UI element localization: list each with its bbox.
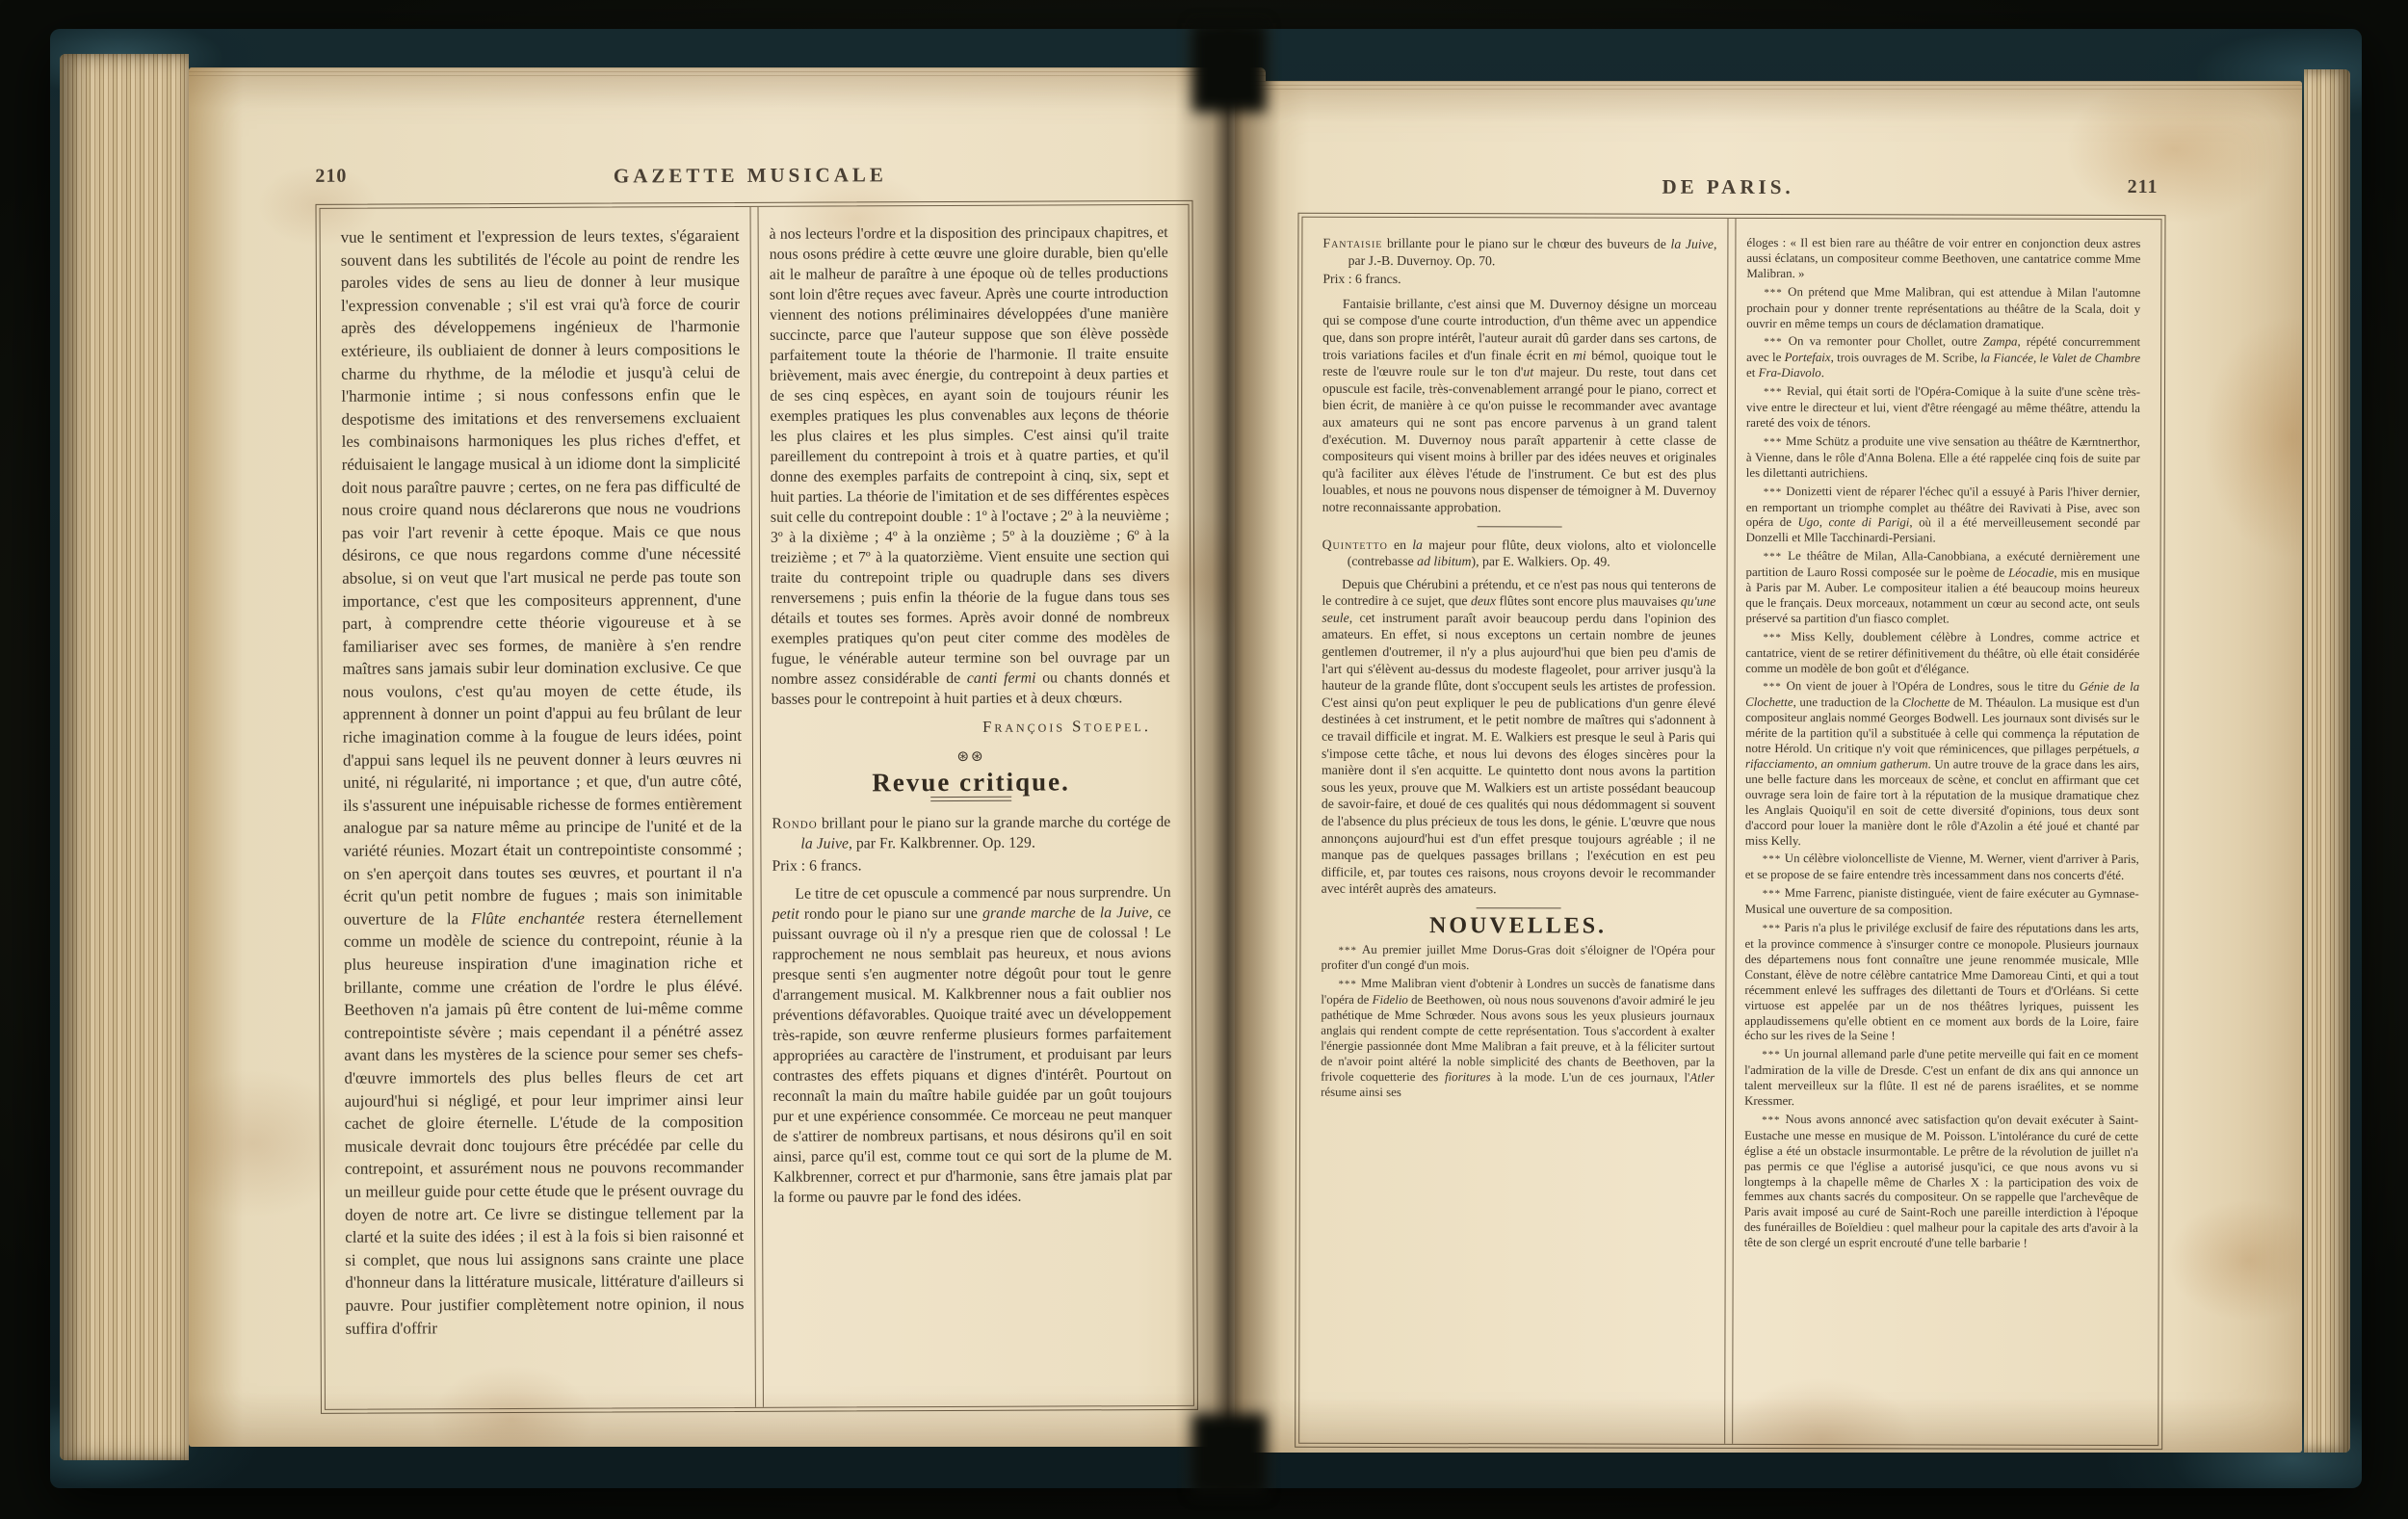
- left-page-header: 210 GAZETTE MUSICALE: [315, 162, 1185, 188]
- section-heading-revue-critique: Revue critique.: [772, 772, 1170, 794]
- asterism-mark: ***: [1762, 1114, 1780, 1126]
- right-page-header: DE PARIS. 211: [1298, 174, 2159, 198]
- news-item: *** Le théâtre de Milan, Alla-Canobbiana…: [1745, 549, 2139, 628]
- news-item: *** Mme Malibran vient d'obtenir à Londr…: [1321, 977, 1714, 1101]
- printer-ornament: ⊛⊛: [772, 746, 1170, 768]
- news-item: *** Nous avons annoncé avec satisfaction…: [1744, 1113, 2138, 1252]
- article-text-continuation: à nos lecteurs l'ordre et la disposition…: [770, 223, 1170, 710]
- right-page-column-1: Fantaisie brillante pour le piano sur le…: [1311, 235, 1725, 1427]
- left-text-frame: vue le sentiment et l'expression de leur…: [315, 200, 1197, 1414]
- section-divider-rule: [1476, 907, 1560, 908]
- article-text: vue le sentiment et l'expression de leur…: [341, 224, 745, 1340]
- news-item: *** Revial, qui était sorti de l'Opéra-C…: [1746, 384, 2140, 432]
- news-item: *** Mme Farrenc, pianiste distinguée, vi…: [1745, 886, 2139, 919]
- open-book: 210 GAZETTE MUSICALE vue le sentiment et…: [50, 29, 2362, 1488]
- asterism-mark: ***: [1764, 551, 1782, 563]
- news-item: *** On va remonter pour Chollet, outre Z…: [1746, 334, 2140, 382]
- article-text: Le titre de cet opuscule a commencé par …: [772, 882, 1172, 1208]
- news-item: *** On vient de jouer à l'Opéra de Londr…: [1745, 679, 2139, 850]
- left-page: 210 GAZETTE MUSICALE vue le sentiment et…: [189, 67, 1266, 1447]
- news-item: *** Un journal allemand parle d'une peti…: [1744, 1047, 2138, 1111]
- left-page-column-2: à nos lecteurs l'ordre et la disposition…: [761, 223, 1182, 1390]
- asterism-mark: ***: [1763, 853, 1781, 865]
- news-item-continuation: éloges : « Il est bien rare au théâtre d…: [1746, 236, 2140, 283]
- article-title-fantaisie: Fantaisie brillante pour le piano sur le…: [1322, 235, 1716, 270]
- news-item: *** Au premier juillet Mme Dorus-Gras do…: [1321, 942, 1714, 975]
- left-running-title: GAZETTE MUSICALE: [315, 162, 1185, 190]
- news-item: *** Mme Schütz a produite une vive sensa…: [1746, 434, 2140, 483]
- news-item: *** Donizetti vient de réparer l'échec q…: [1746, 485, 2140, 548]
- price-line: Prix : 6 francs.: [772, 854, 1170, 877]
- spine-gap-bottom: [1192, 1414, 1266, 1495]
- asterism-mark: ***: [1763, 632, 1781, 643]
- price-line: Prix : 6 francs.: [1322, 271, 1716, 289]
- left-page-column-1: vue le sentiment et l'expression de leur…: [332, 224, 753, 1392]
- asterism-mark: ***: [1763, 923, 1781, 934]
- heading-rule: [930, 797, 1011, 801]
- asterism-mark: ***: [1762, 1049, 1780, 1061]
- news-item: *** Miss Kelly, doublement célèbre à Lon…: [1745, 630, 2139, 678]
- spine-gap-top: [1192, 23, 1266, 112]
- asterism-mark: ***: [1338, 979, 1356, 990]
- article-text: Depuis que Chérubini a prétendu, et ce n…: [1322, 575, 1716, 898]
- column-divider-rule: [1724, 219, 1736, 1444]
- asterism-mark: ***: [1339, 944, 1357, 956]
- right-text-frame: Fantaisie brillante pour le piano sur le…: [1295, 213, 2165, 1450]
- right-page: DE PARIS. 211 Fantaisie brillante pour l…: [1235, 81, 2302, 1453]
- news-item: *** On prétend que Mme Malibran, qui est…: [1746, 285, 2140, 333]
- author-signature: François Stoepel.: [772, 716, 1170, 738]
- asterism-mark: ***: [1764, 486, 1782, 498]
- right-page-column-2: éloges : « Il est bien rare au théâtre d…: [1735, 236, 2149, 1427]
- section-heading-nouvelles: NOUVELLES.: [1322, 918, 1715, 936]
- asterism-mark: ***: [1764, 336, 1782, 348]
- asterism-mark: ***: [1763, 681, 1781, 693]
- asterism-mark: ***: [1764, 287, 1782, 299]
- article-divider-rule: [1477, 526, 1561, 527]
- right-running-title: DE PARIS.: [1298, 174, 2159, 200]
- photo-background: 210 GAZETTE MUSICALE vue le sentiment et…: [0, 0, 2408, 1519]
- article-title-rondo: Rondo brillant pour le piano sur la gran…: [772, 812, 1170, 854]
- news-item: *** Paris n'a plus le privilége exclusif…: [1744, 921, 2138, 1045]
- asterism-mark: ***: [1763, 888, 1781, 900]
- page-edges-left: [60, 54, 189, 1460]
- article-title-quintetto: Quintetto en la majeur pour flûte, deux …: [1322, 536, 1716, 570]
- news-item: *** Un célèbre violoncelliste de Vienne,…: [1745, 851, 2139, 884]
- page-edges-right: [2304, 69, 2350, 1453]
- asterism-mark: ***: [1764, 436, 1782, 448]
- asterism-mark: ***: [1764, 386, 1782, 398]
- article-text: Fantaisie brillante, c'est ainsi que M. …: [1322, 296, 1717, 517]
